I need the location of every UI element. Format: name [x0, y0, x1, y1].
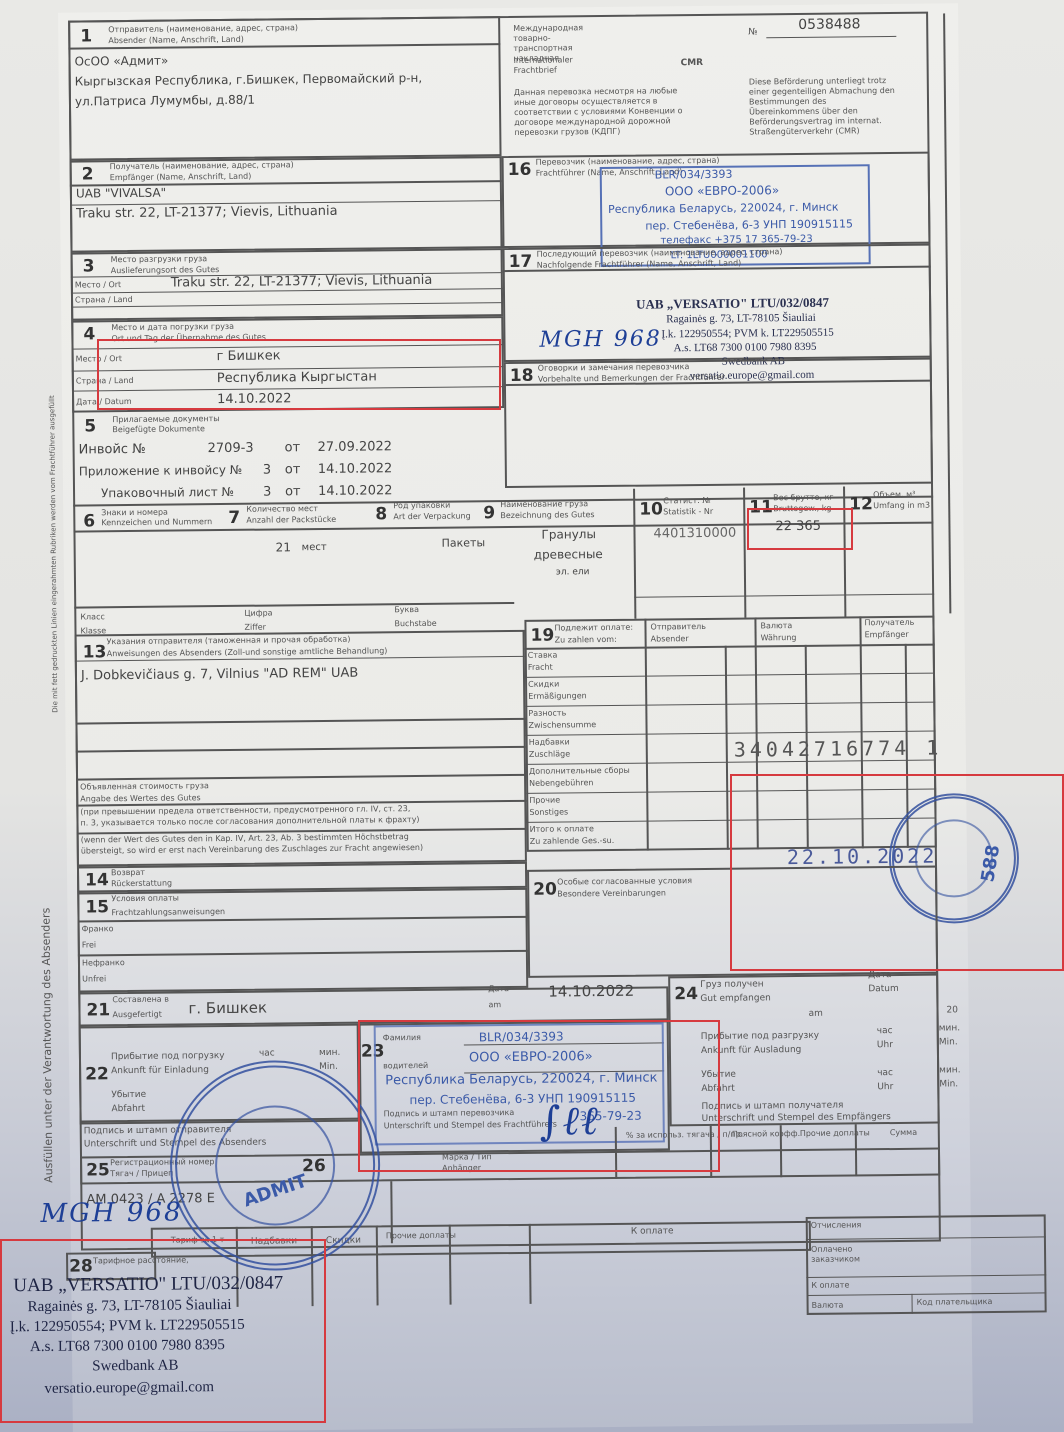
doc-packing-name: Упаковочный лист №	[101, 485, 234, 500]
hs-code: 4401310000	[653, 526, 736, 542]
loading-place: г Бишкек	[217, 348, 281, 364]
cmr-number: 0538488	[798, 16, 861, 33]
unloading-place: Traku str. 22, LT-21377; Vievis, Lithuan…	[171, 273, 433, 291]
packages-count: 21	[276, 540, 291, 554]
carrier-signature: ∫ℓℓ	[539, 1097, 600, 1145]
handwritten-plate-2: MGH 968	[40, 1197, 182, 1228]
issued-date: 14.10.2022	[548, 982, 634, 1001]
loading-date: 14.10.2022	[217, 391, 292, 407]
goods-description: Гранулы	[541, 527, 596, 542]
right-margin-line	[943, 13, 951, 613]
packaging-type: Пакеты	[442, 536, 486, 549]
note-ru: Данная перевозка несмотря на любые иные …	[514, 86, 685, 138]
consignee-name: UAB "VIVALSA"	[76, 186, 166, 201]
doc-appendix-date: 14.10.2022	[318, 461, 393, 477]
consignee-address: Traku str. 22, LT-21377; Vievis, Lithuan…	[76, 204, 338, 222]
doc-invoice-date: 27.09.2022	[318, 439, 393, 455]
doc-appendix-name: Приложение к инвойсу №	[79, 463, 243, 479]
sender-instructions: J. Dobkevičiaus g. 7, Vilnius "AD REM" U…	[81, 666, 359, 684]
field-number: 1	[80, 26, 92, 46]
versatio-stamp-title: UAB „VERSATIO" LTU/032/0847	[636, 295, 829, 313]
stamped-number: 34042716774 1	[734, 735, 943, 761]
sender-address-2: ул.Патриса Лумумбы, д.88/1	[75, 93, 255, 109]
intro-de: Internationaler Frachtbrief	[514, 55, 604, 76]
doc-packing-date: 14.10.2022	[318, 483, 393, 499]
side-note-small: Die mit fett gedruckten Linien eingerahm…	[48, 395, 59, 713]
doc-invoice-no: 2709-3	[208, 441, 254, 456]
side-note: Ausfüllen unter der Verantwortung des Ab…	[39, 908, 55, 1183]
issued-place: г. Бишкек	[188, 999, 267, 1018]
gross-weight: 22 365	[775, 519, 821, 534]
handwritten-plate: MGH 968	[539, 326, 662, 352]
doc-invoice-name: Инвойс №	[79, 442, 146, 458]
cmr-title: CMR	[681, 58, 704, 69]
versatio-stamp-2-title: UAB „VERSATIO" LTU/032/0847	[13, 1272, 283, 1297]
loading-country: Республика Кыргыстан	[217, 369, 377, 386]
sender-name: ОсОО «Адмит»	[74, 54, 168, 69]
cmr-document: Ausfüllen unter der Verantwortung des Ab…	[58, 3, 973, 1432]
note-de: Diese Beförderung unterliegt trotz einer…	[749, 76, 900, 138]
